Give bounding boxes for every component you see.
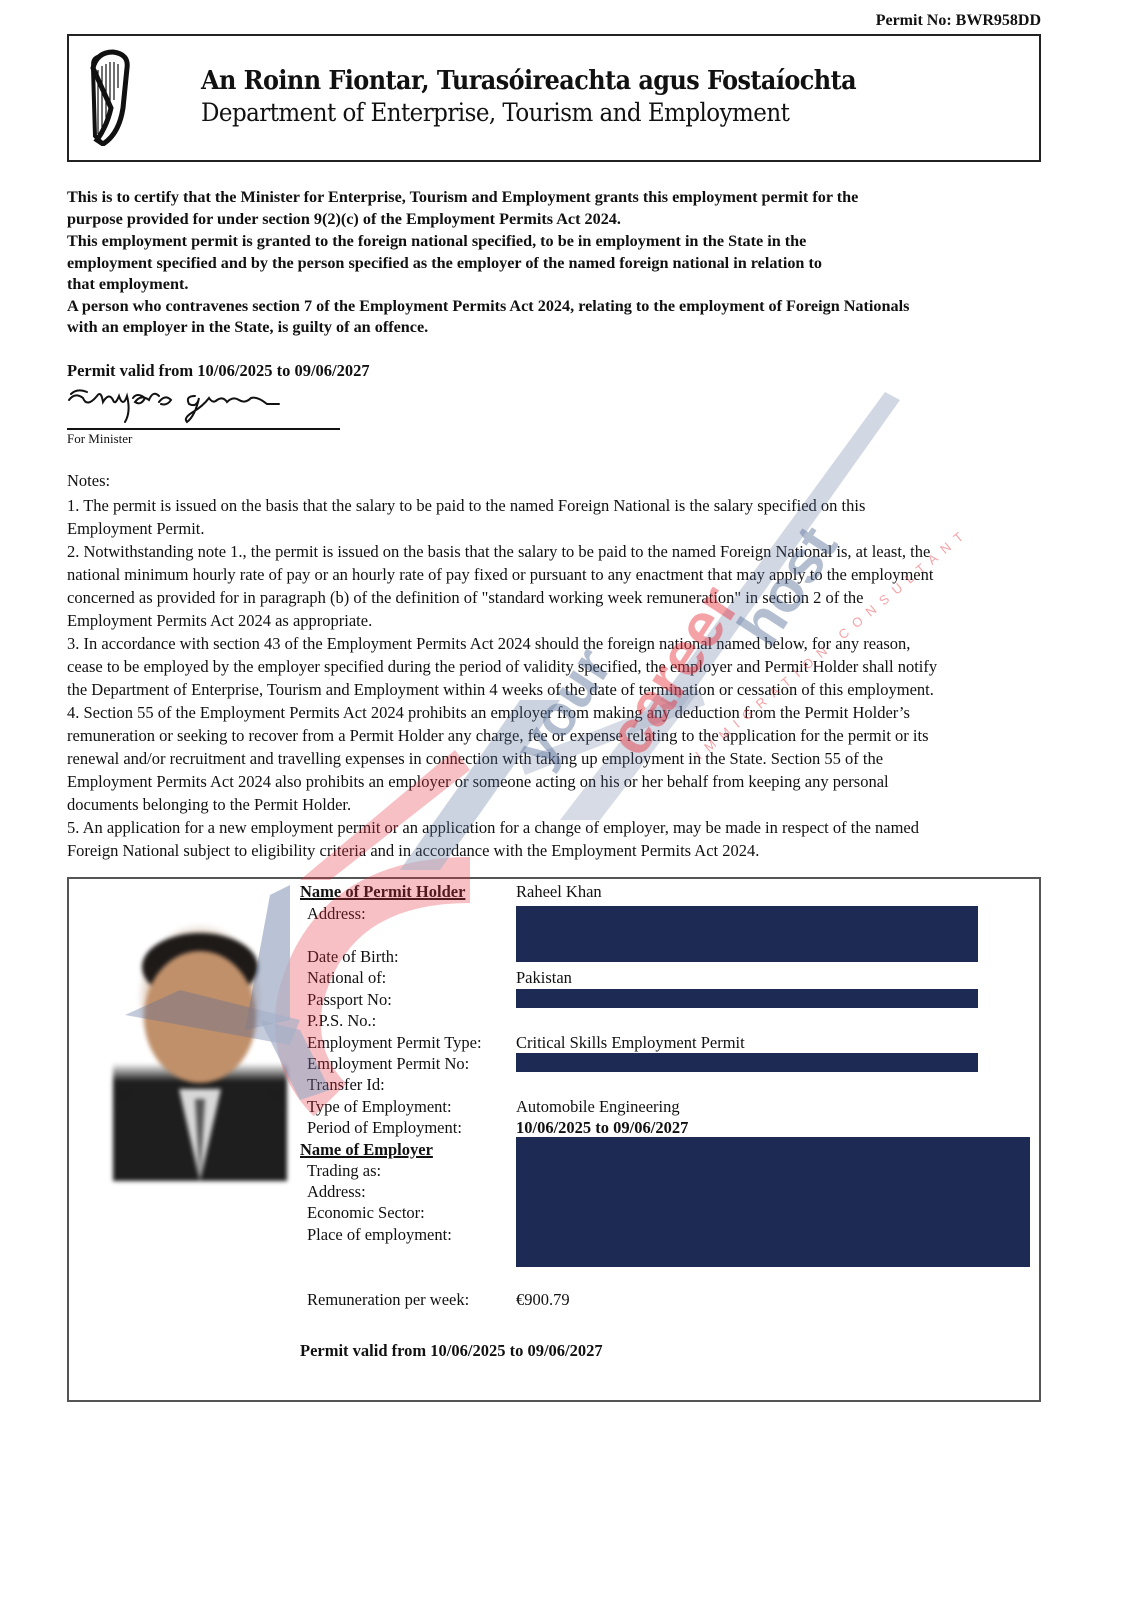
department-name-english: Department of Enterprise, Tourism and Em… — [201, 98, 789, 127]
pps-label: P.P.S. No.: — [307, 1010, 376, 1031]
employment-type-value: Automobile Engineering — [516, 1096, 680, 1117]
national-value: Pakistan — [516, 967, 572, 988]
intro-line: This employment permit is granted to the… — [67, 231, 1067, 253]
permit-no-label: Employment Permit No: — [307, 1053, 469, 1074]
period-label: Period of Employment: — [307, 1117, 462, 1138]
remuneration-label: Remuneration per week: — [307, 1289, 469, 1310]
holder-address-label: Address: — [307, 903, 366, 924]
economic-sector-label: Economic Sector: — [307, 1202, 425, 1223]
note-line: the Department of Enterprise, Tourism an… — [67, 678, 1067, 701]
redacted-employer-details — [516, 1137, 1030, 1267]
note-line: 3. In accordance with section 43 of the … — [67, 632, 1067, 655]
redacted-passport — [516, 989, 978, 1008]
department-header: An Roinn Fiontar, Turasóireachta agus Fo… — [67, 34, 1041, 162]
intro-line: A person who contravenes section 7 of th… — [67, 296, 1067, 318]
note-line: national minimum hourly rate of pay or a… — [67, 563, 1067, 586]
holder-name: Raheel Khan — [516, 881, 602, 902]
permit-type-value: Critical Skills Employment Permit — [516, 1032, 745, 1053]
intro-line: that employment. — [67, 274, 1067, 296]
photo-silhouette — [113, 919, 287, 1181]
permit-number: Permit No: BWR958DD — [876, 12, 1041, 30]
national-label: National of: — [307, 967, 386, 988]
note-line: renewal and/or recruitment and travellin… — [67, 747, 1067, 770]
note-line: concerned as provided for in paragraph (… — [67, 586, 1067, 609]
place-of-employment-label: Place of employment: — [307, 1224, 452, 1245]
trading-as-label: Trading as: — [307, 1160, 381, 1181]
employer-address-label: Address: — [307, 1181, 366, 1202]
redacted-address — [516, 906, 978, 962]
permit-holder-details: Name of Permit Holder Raheel Khan Addres… — [67, 877, 1041, 1402]
note-line: Employment Permits Act 2024 as appropria… — [67, 609, 1067, 632]
signature-line — [67, 428, 340, 430]
note-line: 2. Notwithstanding note 1., the permit i… — [67, 540, 1067, 563]
intro-line: with an employer in the State, is guilty… — [67, 317, 1067, 339]
note-line: remuneration or seeking to recover from … — [67, 724, 1067, 747]
note-line: Employment Permits Act 2024 also prohibi… — [67, 770, 1067, 793]
note-line: 5. An application for a new employment p… — [67, 816, 1067, 839]
department-name-irish: An Roinn Fiontar, Turasóireachta agus Fo… — [201, 66, 856, 96]
note-line: cease to be employed by the employer spe… — [67, 655, 1067, 678]
validity-period-bottom: Permit valid from 10/06/2025 to 09/06/20… — [300, 1340, 603, 1361]
note-line: Employment Permit. — [67, 517, 1067, 540]
period-value: 10/06/2025 to 09/06/2027 — [516, 1117, 688, 1138]
harp-icon — [83, 48, 137, 146]
intro-line: employment specified and by the person s… — [67, 253, 1067, 275]
intro-line: This is to certify that the Minister for… — [67, 187, 1067, 209]
permit-type-label: Employment Permit Type: — [307, 1032, 482, 1053]
note-line: 1. The permit is issued on the basis tha… — [67, 494, 1067, 517]
note-line: documents belonging to the Permit Holder… — [67, 793, 1067, 816]
employment-type-label: Type of Employment: — [307, 1096, 452, 1117]
transfer-id-label: Transfer Id: — [307, 1074, 385, 1095]
passport-label: Passport No: — [307, 989, 392, 1010]
holder-photo-blurred — [113, 919, 287, 1181]
notes-heading: Notes: — [67, 471, 110, 491]
note-line: 4. Section 55 of the Employment Permits … — [67, 701, 1067, 724]
note-line: Foreign National subject to eligibility … — [67, 839, 1067, 862]
intro-line: purpose provided for under section 9(2)(… — [67, 209, 1067, 231]
remuneration-value: €900.79 — [516, 1289, 570, 1310]
redacted-permit-no — [516, 1053, 978, 1072]
dob-label: Date of Birth: — [307, 946, 399, 967]
employer-heading: Name of Employer — [300, 1139, 433, 1160]
signature-caption: For Minister — [67, 431, 132, 447]
holder-heading: Name of Permit Holder — [300, 881, 465, 902]
minister-signature — [67, 382, 287, 428]
validity-period-top: Permit valid from 10/06/2025 to 09/06/20… — [67, 361, 370, 381]
